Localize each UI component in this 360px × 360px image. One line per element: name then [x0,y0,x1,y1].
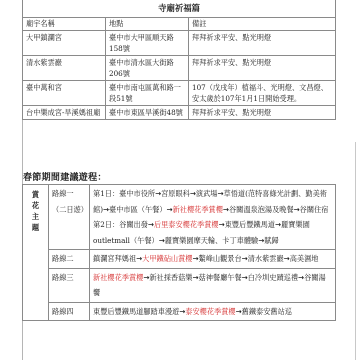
route-label: 路線二 [49,250,90,269]
route-label: 路線一 （二日遊） [49,185,90,250]
route-stop: 第1日：臺中市役所 [93,189,155,198]
route-stop: 臺中市區（午餐） [109,205,167,214]
route-row-1: 賞花主題 路線一 （二日遊） 第1日：臺中市役所→宮原眼科→演武場→草悟道(范特… [23,185,336,250]
temple-name: 清水紫雲巖 [23,56,106,81]
route-path: 鎮瀾宮拜媽祖→大甲鐵砧山賞櫻→鰲峰山觀景台→清水紫雲巖→高美濕地 [93,251,332,267]
page-margin-line-right [355,142,356,360]
route-stop: 第2日：谷關出發 [93,220,148,229]
route-day2: 第2日：谷關出發→后里泰安櫻花季賞櫻→東豐后豐鐵馬道→麗寶樂園outletmal… [93,217,332,248]
route-stop: 谷關住宿 [300,205,329,214]
route-stop: 舊鐵泰安舊站巡 [242,307,292,316]
temple-name: 大甲鎮瀾宮 [23,31,106,56]
route-detail: 第1日：臺中市役所→宮原眼科→演武場→草悟道(范特喜綠光計劃、勤美術館)→臺中市… [90,185,336,250]
route-stop: 東豐后豐鐵馬道 [225,220,275,229]
highlight-stop: 新社櫻花季賞櫻 [173,205,223,214]
highlight-stop: 后里泰安櫻花季賞櫻 [154,220,219,229]
route-stop: 清水紫雲巖 [248,254,284,263]
itinerary-heading: 春節期間建議遊程： [23,170,107,183]
temple-table-title: 寺廟祈福篇 [23,0,336,18]
route-stop: 高美濕地 [290,254,319,263]
highlight-stop: 大甲鐵砧山賞櫻 [142,254,192,263]
route-path: 東豐后豐鐵馬道腳踏車漫遊→泰安櫻花季賞櫻→舊鐵泰安舊站巡 [93,304,332,320]
route-stop: 東豐后豐鐵馬道腳踏車漫遊 [93,307,179,316]
route-stop: 賦歸 [264,236,278,245]
route-label: 路線四 [49,302,90,321]
table-row: 清水紫雲巖 臺中市清水區大街路206號 拜拜祈求平安、點光明燈 [23,56,336,81]
theme-label: 賞花主題 [26,189,45,233]
route-stop: 宮原眼科 [161,189,190,198]
route-stop: 鰲峰山觀景台 [199,254,242,263]
header-temple-name: 廟宇名稱 [23,18,106,31]
temple-note: 拜拜祈求平安、點光明燈 [189,106,336,120]
theme-char: 題 [26,222,45,233]
route-detail: 新社櫻花季賞櫻→新社採香菇樂→菇神餐廳午餐→白冷圳史蹟巡禮→谷關湯饗 [90,268,336,302]
route-label: 路線三 [49,268,90,302]
route-stop: 鎮瀾宮拜媽祖 [93,254,136,263]
theme-cell: 賞花主題 [23,185,49,321]
temple-table-header: 廟宇名稱 地點 備註 [23,18,336,31]
route-row-2: 路線二 鎮瀾宮拜媽祖→大甲鐵砧山賞櫻→鰲峰山觀景台→清水紫雲巖→高美濕地 [23,250,336,269]
temple-location: 臺中市南屯區萬和路一段51號 [106,81,189,106]
temple-note: 拜拜祈求平安、點光明燈 [189,31,336,56]
route-detail: 東豐后豐鐵馬道腳踏車漫遊→泰安櫻花季賞櫻→舊鐵泰安舊站巡 [90,302,336,321]
temple-name: 台中樂成宮-旱溪媽祖廟 [23,106,106,120]
temple-location: 臺中市東區旱溪街48號 [106,106,189,120]
temple-note: 拜拜祈求平安、點光明燈 [189,56,336,81]
route-row-4: 路線四 東豐后豐鐵馬道腳踏車漫遊→泰安櫻花季賞櫻→舊鐵泰安舊站巡 [23,302,336,321]
temple-table: 寺廟祈福篇 廟宇名稱 地點 備註 大甲鎮瀾宮 臺中市大甲區順天路158號 拜拜祈… [22,0,336,120]
route-path: 新社櫻花季賞櫻→新社採香菇樂→菇神餐廳午餐→白冷圳史蹟巡禮→谷關湯饗 [93,270,332,301]
highlight-stop: 泰安櫻花季賞櫻 [185,307,235,316]
route-stop: 谷關溫泉泡湯及晚餐 [229,205,294,214]
theme-char: 花 [26,200,45,211]
route-day1: 第1日：臺中市役所→宮原眼科→演武場→草悟道(范特喜綠光計劃、勤美術館)→臺中市… [93,186,332,217]
table-row: 大甲鎮瀾宮 臺中市大甲區順天路158號 拜拜祈求平安、點光明燈 [23,31,336,56]
route-stop: 新社採香菇樂 [149,273,192,282]
table-row: 台中樂成宮-旱溪媽祖廟 臺中市東區旱溪街48號 拜拜祈求平安、點光明燈 [23,106,336,120]
table-row: 臺中萬和宮 臺中市南屯區萬和路一段51號 107（戊戌年）植福斗、光明燈、文昌燈… [23,81,336,106]
itinerary-table: 賞花主題 路線一 （二日遊） 第1日：臺中市役所→宮原眼科→演武場→草悟道(范特… [22,184,336,321]
highlight-stop: 新社櫻花季賞櫻 [93,273,143,282]
theme-char: 主 [26,211,45,222]
route-detail: 鎮瀾宮拜媽祖→大甲鐵砧山賞櫻→鰲峰山觀景台→清水紫雲巖→高美濕地 [90,250,336,269]
theme-char: 賞 [26,189,45,200]
temple-location: 臺中市清水區大街路206號 [106,56,189,81]
temple-table-title-row: 寺廟祈福篇 [23,0,336,18]
header-location: 地點 [106,18,189,31]
route-stop: 菇神餐廳午餐 [199,273,242,282]
route-stop: 白冷圳史蹟巡禮 [248,273,298,282]
route-sublabel: （二日遊） [52,202,86,218]
route-stop: 麗寶樂園摩天輪、卡丁車體驗 [165,236,258,245]
temple-name: 臺中萬和宮 [23,81,106,106]
header-note: 備註 [189,18,336,31]
temple-location: 臺中市大甲區順天路158號 [106,31,189,56]
route-stop: 演武場 [196,189,218,198]
temple-note: 107（戊戌年）植福斗、光明燈、文昌燈、安太歲於107年1月1日開始受理。 [189,81,336,106]
route-row-3: 路線三 新社櫻花季賞櫻→新社採香菇樂→菇神餐廳午餐→白冷圳史蹟巡禮→谷關湯饗 [23,268,336,302]
route-label-text: 路線一 [52,186,86,202]
